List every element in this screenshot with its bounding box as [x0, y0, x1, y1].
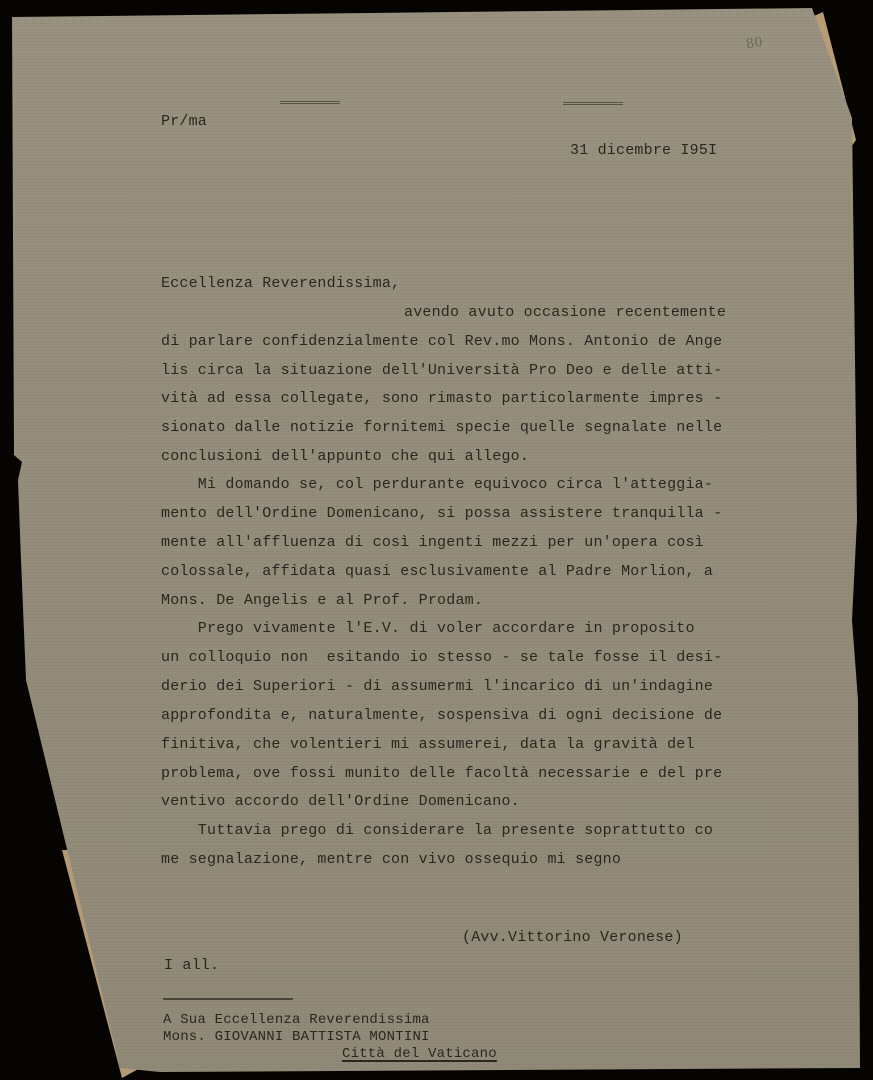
body-line-20: me segnalazione, mentre con vivo ossequi… — [161, 851, 621, 869]
body-line-1: avendo avuto occasione recentemente — [404, 304, 726, 322]
body-line-14: derio dei Superiori - di assumermi l'inc… — [161, 678, 713, 696]
body-line-10: colossale, affidata quasi esclusivamente… — [161, 563, 713, 581]
body-line-17: problema, ove fossi munito delle facoltà… — [161, 765, 722, 783]
body-line-9: mente all'affluenza di così ingenti mezz… — [161, 534, 704, 552]
addressee-line-2: Mons. GIOVANNI BATTISTA MONTINI — [163, 1028, 430, 1046]
body-line-7: Mi domando se, col perdurante equivoco c… — [161, 476, 713, 494]
addressee-line-3: Città del Vaticano — [342, 1045, 497, 1063]
addressee-rule — [163, 998, 293, 1000]
body-line-3: lis circa la situazione dell'Università … — [161, 362, 722, 380]
body-line-19: Tuttavia prego di considerare la present… — [161, 822, 713, 840]
body-line-5: sionato dalle notizie fornitemi specie q… — [161, 419, 722, 437]
signature: (Avv.Vittorino Veronese) — [462, 929, 683, 947]
letter-date: 31 dicembre I95I — [570, 142, 717, 160]
body-line-16: finitiva, che volentieri mi assumerei, d… — [161, 736, 695, 754]
salutation: Eccellenza Reverendissima, — [161, 275, 400, 293]
archive-page-number: 80 — [745, 35, 764, 53]
body-line-8: mento dell'Ordine Domenicano, si possa a… — [161, 505, 722, 523]
body-line-4: vità ad essa collegate, sono rimasto par… — [161, 390, 722, 408]
scanned-document-view: 80 Pr/ma 31 dicembre I95I Eccellenza Rev… — [0, 0, 873, 1080]
letter-text: 80 Pr/ma 31 dicembre I95I Eccellenza Rev… — [0, 0, 873, 1080]
enclosure-note: I all. — [164, 957, 219, 975]
body-line-13: un colloquio non esitando io stesso - se… — [161, 649, 722, 667]
body-line-11: Mons. De Angelis e al Prof. Prodam. — [161, 592, 483, 610]
header-rule-left — [280, 101, 340, 104]
header-rule-right — [563, 102, 623, 105]
reference-code: Pr/ma — [161, 113, 207, 131]
body-line-12: Prego vivamente l'E.V. di voler accordar… — [161, 620, 695, 638]
body-line-6: conclusioni dell'appunto che qui allego. — [161, 448, 529, 466]
body-line-15: approfondita e, naturalmente, sospensiva… — [161, 707, 722, 725]
addressee-line-1: A Sua Eccellenza Reverendissima — [163, 1011, 430, 1029]
body-line-18: ventivo accordo dell'Ordine Domenicano. — [161, 793, 520, 811]
body-line-2: di parlare confidenzialmente col Rev.mo … — [161, 333, 722, 351]
